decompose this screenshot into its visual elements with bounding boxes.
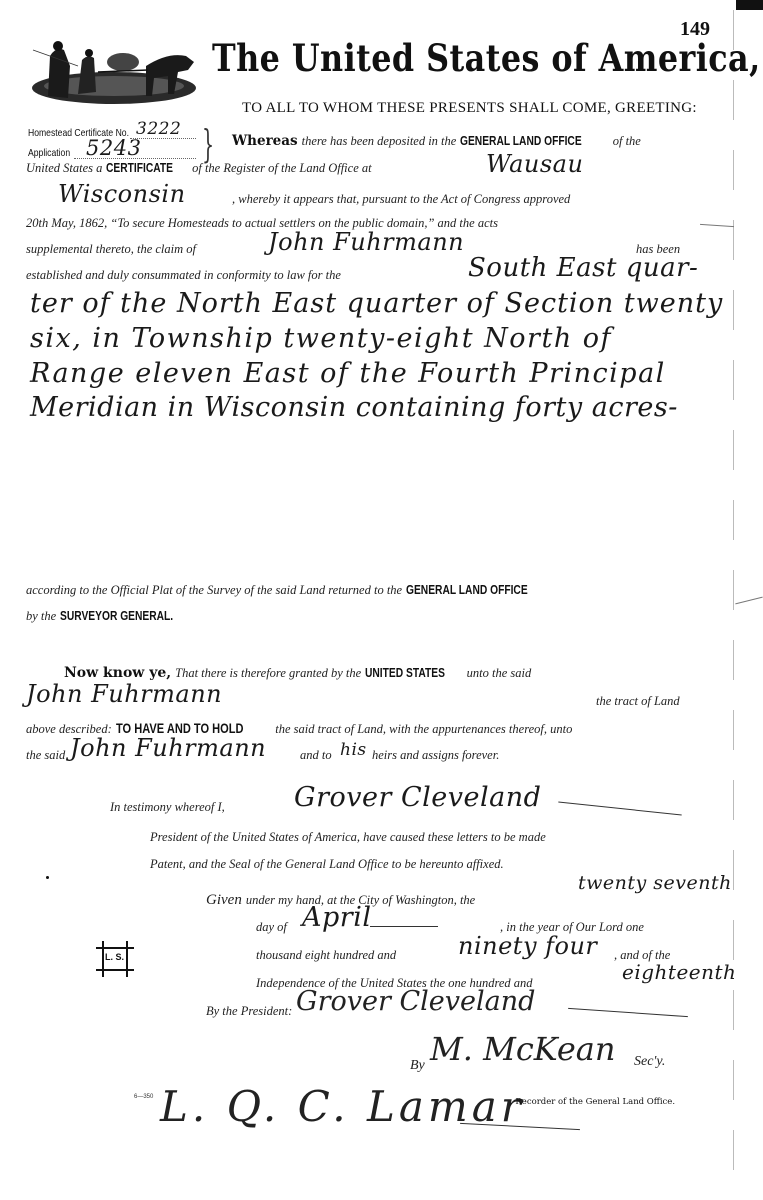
whereas-line-3: , whereby it appears that, pursuant to t…	[232, 192, 570, 207]
secretary-signature: M. McKean	[430, 1030, 615, 1068]
homestead-certificate-number: 3222	[136, 119, 181, 139]
by-label: By	[410, 1058, 425, 1074]
plat-line-2: by the SURVEYOR GENERAL.	[26, 607, 198, 625]
independence-year: eighteenth	[622, 960, 736, 984]
testimony-line-2: President of the United States of Americ…	[150, 830, 546, 845]
testimony-line-6a: thousand eight hundred and	[256, 948, 396, 963]
whereas-word: Whereas	[232, 133, 298, 149]
scan-edge-line	[733, 10, 734, 1200]
land-description-line-4: Range eleven East of the Fourth Principa…	[30, 358, 666, 389]
claimant-name: John Fuhrmann	[268, 228, 464, 256]
testimony-line-3: Patent, and the Seal of the General Land…	[150, 857, 504, 872]
whereas-line-6: established and duly consummated in conf…	[26, 268, 341, 283]
plat-line-1: according to the Official Plat of the Su…	[26, 581, 555, 599]
grant-line-2: the tract of Land	[596, 694, 680, 709]
flourish-line	[568, 1008, 688, 1017]
homestead-vignette-illustration	[28, 36, 200, 108]
grantee-name: John Fuhrmann	[26, 680, 222, 708]
year: ninety four	[458, 932, 597, 960]
form-code: 6—350	[134, 1094, 153, 1100]
seal-box: L. S.	[96, 947, 134, 971]
testimony-line-1: In testimony whereof I,	[110, 800, 225, 815]
day-of-month: twenty seventh	[578, 872, 732, 894]
flourish-line	[370, 926, 438, 927]
whereas-line-2: United States a CERTIFICATE of the Regis…	[26, 159, 372, 177]
grant-line-4a: the said	[26, 748, 65, 763]
whereas-line-1: Whereas there has been deposited in the …	[232, 132, 641, 150]
land-office-state: Wisconsin	[58, 180, 186, 208]
secretary-title: Sec'y.	[634, 1054, 665, 1070]
grant-line-4c: heirs and assigns forever.	[372, 748, 499, 763]
application-label: Application	[28, 147, 70, 159]
scan-edge-tick	[735, 597, 762, 605]
testimony-line-5a: day of	[256, 920, 287, 935]
land-description-line-3: six, in Township twenty-eight North of	[30, 323, 612, 354]
grant-his: his	[340, 740, 367, 760]
grantee-name-2: John Fuhrmann	[70, 734, 266, 762]
land-office-city: Wausau	[486, 150, 583, 178]
recorder-title: , Recorder of the General Land Office.	[510, 1097, 675, 1107]
whereas-line-5a: supplemental thereto, the claim of	[26, 242, 196, 257]
president-signature: Grover Cleveland	[296, 986, 535, 1017]
greeting-line: TO ALL TO WHOM THESE PRESENTS SHALL COME…	[242, 100, 697, 117]
now-know-ye: Now know ye,	[64, 665, 171, 681]
scan-edge-tick	[700, 224, 734, 227]
scan-edge-mark	[736, 0, 763, 10]
flourish-line	[558, 802, 681, 816]
by-the-president-label: By the President:	[206, 1004, 292, 1019]
president-name: Grover Cleveland	[294, 782, 541, 813]
scan-dot	[46, 876, 49, 879]
land-description-line-1: South East quar-	[468, 253, 698, 283]
seal-label: L. S.	[105, 952, 124, 962]
month: April	[302, 902, 371, 933]
grant-line-4b: and to	[300, 748, 332, 763]
land-description-line-2: ter of the North East quarter of Section…	[30, 288, 723, 319]
document-title: The United States of America,	[212, 36, 761, 80]
application-number: 5243	[86, 136, 141, 160]
land-description-line-5: Meridian in Wisconsin containing forty a…	[30, 392, 678, 423]
